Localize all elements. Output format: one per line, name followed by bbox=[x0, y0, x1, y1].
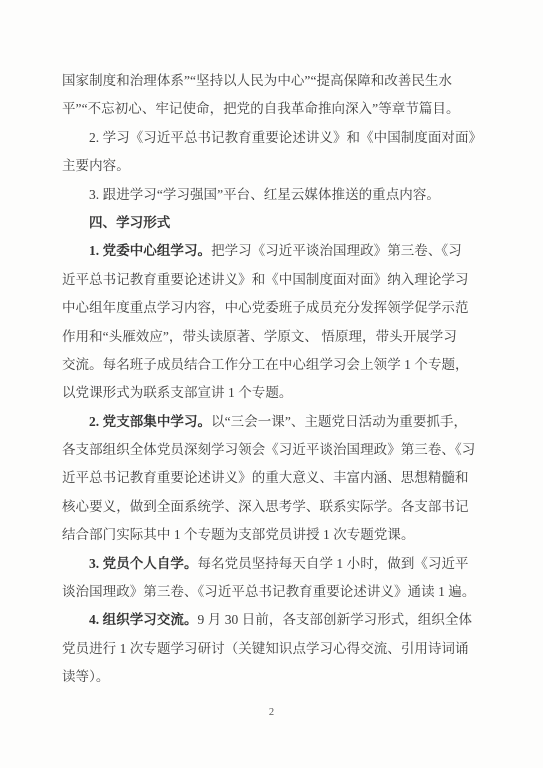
text-run: 读等）。 bbox=[62, 669, 109, 684]
text-run: 核心要义，做到全面系统学、深入思考学、联系实际学。各支部书记 bbox=[62, 499, 469, 514]
document-body: 国家制度和治理体系”“坚持以人民为中心”“提高保障和改善民生水平”“不忘初心、牢… bbox=[62, 67, 484, 692]
text-line: 交流。每名班子成员结合工作分工在中心组学习会上领学 1 个专题， bbox=[62, 351, 484, 379]
text-line: 核心要义，做到全面系统学、深入思考学、联系实际学。各支部书记 bbox=[62, 493, 484, 521]
text-line: 近平总书记教育重要论述讲义》的重大意义、丰富内涵、思想精髓和 bbox=[62, 464, 484, 492]
text-line: 中心组年度重点学习内容，中心党委班子成员充分发挥领学促学示范 bbox=[62, 294, 484, 322]
text-run: 谈治国理政》第三卷、《习近平总书记教育重要论述讲义》通读 1 遍。 bbox=[62, 584, 475, 599]
text-run: 平”“不忘初心、牢记使命，把党的自我革命推向深入”等章节篇目。 bbox=[62, 101, 460, 116]
text-line: 1. 党委中心组学习。把学习《习近平谈治国理政》第三卷、《习 bbox=[62, 237, 484, 265]
page-number: 2 bbox=[0, 705, 543, 721]
text-run: 交流。每名班子成员结合工作分工在中心组学习会上领学 1 个专题， bbox=[62, 357, 469, 372]
text-run: 中心组年度重点学习内容，中心党委班子成员充分发挥领学促学示范 bbox=[62, 300, 469, 315]
bold-lead-run: 2. 党支部集中学习。 bbox=[89, 414, 211, 429]
text-run: 把学习《习近平谈治国理政》第三卷、《习 bbox=[211, 243, 462, 258]
text-line: 2. 党支部集中学习。以“三会一课”、主题党日活动为重要抓手， bbox=[62, 408, 484, 436]
text-line: 主要内容。 bbox=[62, 152, 484, 180]
bold-lead-run: 3. 党员个人自学。 bbox=[89, 556, 198, 571]
text-line: 四、学习形式 bbox=[62, 209, 484, 237]
text-line: 结合部门实际其中 1 个专题为支部党员讲授 1 次专题党课。 bbox=[62, 521, 484, 549]
text-run: 国家制度和治理体系”“坚持以人民为中心”“提高保障和改善民生水 bbox=[62, 73, 452, 88]
text-run: 各支部组织全体党员深刻学习领会《习近平谈治国理政》第三卷、《习 bbox=[62, 442, 475, 457]
text-line: 3. 党员个人自学。每名党员坚持每天自学 1 小时，做到《习近平 bbox=[62, 550, 484, 578]
text-run: 党员进行 1 次专题学习研讨（关键知识点学习心得交流、引用诗词诵 bbox=[62, 641, 469, 656]
bold-lead-run: 1. 党委中心组学习。 bbox=[89, 243, 211, 258]
document-page: 国家制度和治理体系”“坚持以人民为中心”“提高保障和改善民生水平”“不忘初心、牢… bbox=[0, 0, 543, 768]
text-line: 平”“不忘初心、牢记使命，把党的自我革命推向深入”等章节篇目。 bbox=[62, 95, 484, 123]
text-run: 以“三会一课”、主题党日活动为重要抓手， bbox=[211, 414, 467, 429]
text-run: 主要内容。 bbox=[62, 158, 130, 173]
text-line: 近平总书记教育重要论述讲义》和《中国制度面对面》纳入理论学习 bbox=[62, 266, 484, 294]
text-run: 9 月 30 日前，各支部创新学习形式，组织全体 bbox=[198, 612, 473, 627]
text-run: 近平总书记教育重要论述讲义》和《中国制度面对面》纳入理论学习 bbox=[62, 272, 469, 287]
text-run: 以党课形式为联系支部宣讲 1 个专题。 bbox=[62, 385, 292, 400]
text-line: 作用和“头雁效应”，带头读原著、学原文、 悟原理，带头开展学习 bbox=[62, 323, 484, 351]
text-line: 2. 学习《习近平总书记教育重要论述讲义》和《中国制度面对面》 bbox=[62, 124, 484, 152]
bold-lead-run: 4. 组织学习交流。 bbox=[89, 612, 198, 627]
text-line: 谈治国理政》第三卷、《习近平总书记教育重要论述讲义》通读 1 遍。 bbox=[62, 578, 484, 606]
text-line: 各支部组织全体党员深刻学习领会《习近平谈治国理政》第三卷、《习 bbox=[62, 436, 484, 464]
text-run: 近平总书记教育重要论述讲义》的重大意义、丰富内涵、思想精髓和 bbox=[62, 470, 469, 485]
text-run: 作用和“头雁效应”，带头读原著、学原文、 悟原理，带头开展学习 bbox=[62, 329, 457, 344]
text-run: 3. 跟进学习“学习强国”平台、红星云媒体推送的重点内容。 bbox=[89, 187, 440, 202]
text-line: 以党课形式为联系支部宣讲 1 个专题。 bbox=[62, 379, 484, 407]
text-line: 读等）。 bbox=[62, 663, 484, 691]
text-line: 4. 组织学习交流。9 月 30 日前，各支部创新学习形式，组织全体 bbox=[62, 606, 484, 634]
text-line: 党员进行 1 次专题学习研讨（关键知识点学习心得交流、引用诗词诵 bbox=[62, 635, 484, 663]
text-run: 2. 学习《习近平总书记教育重要论述讲义》和《中国制度面对面》 bbox=[89, 130, 482, 145]
text-run: 每名党员坚持每天自学 1 小时，做到《习近平 bbox=[198, 556, 469, 571]
text-run: 结合部门实际其中 1 个专题为支部党员讲授 1 次专题党课。 bbox=[62, 527, 415, 542]
text-line: 国家制度和治理体系”“坚持以人民为中心”“提高保障和改善民生水 bbox=[62, 67, 484, 95]
text-line: 3. 跟进学习“学习强国”平台、红星云媒体推送的重点内容。 bbox=[62, 181, 484, 209]
bold-lead-run: 四、学习形式 bbox=[89, 215, 170, 230]
